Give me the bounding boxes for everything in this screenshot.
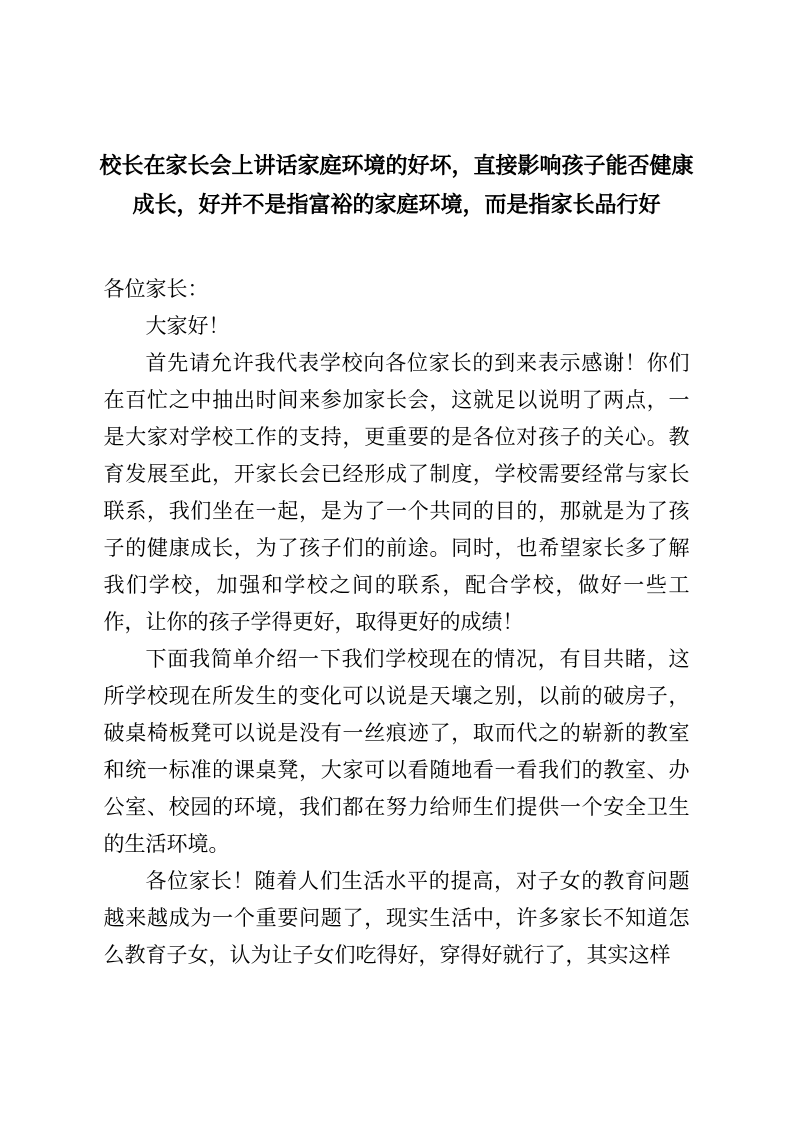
paragraph-education-issue: 各位家长！随着人们生活水平的提高，对子女的教育问题越来越成为一个重要问题了，现实… (104, 863, 690, 974)
document-title-line-2: 成长，好并不是指富裕的家庭环境，而是指家长品行好 (0, 186, 793, 225)
paragraph-thanks: 首先请允许我代表学校向各位家长的到来表示感谢！你们在百忙之中抽出时间来参加家长会… (104, 345, 690, 641)
paragraph-salutation: 各位家长： (104, 271, 690, 308)
document-page: 校长在家长会上讲话家庭环境的好坏，直接影响孩子能否健康 成长，好并不是指富裕的家… (0, 0, 793, 1122)
paragraph-greeting: 大家好！ (104, 308, 690, 345)
document-title-line-1: 校长在家长会上讲话家庭环境的好坏，直接影响孩子能否健康 (0, 147, 793, 186)
paragraph-school-intro: 下面我简单介绍一下我们学校现在的情况，有目共睹，这所学校现在所发生的变化可以说是… (104, 641, 690, 863)
document-title: 校长在家长会上讲话家庭环境的好坏，直接影响孩子能否健康 成长，好并不是指富裕的家… (0, 147, 793, 225)
document-body: 各位家长： 大家好！ 首先请允许我代表学校向各位家长的到来表示感谢！你们在百忙之… (104, 271, 690, 974)
